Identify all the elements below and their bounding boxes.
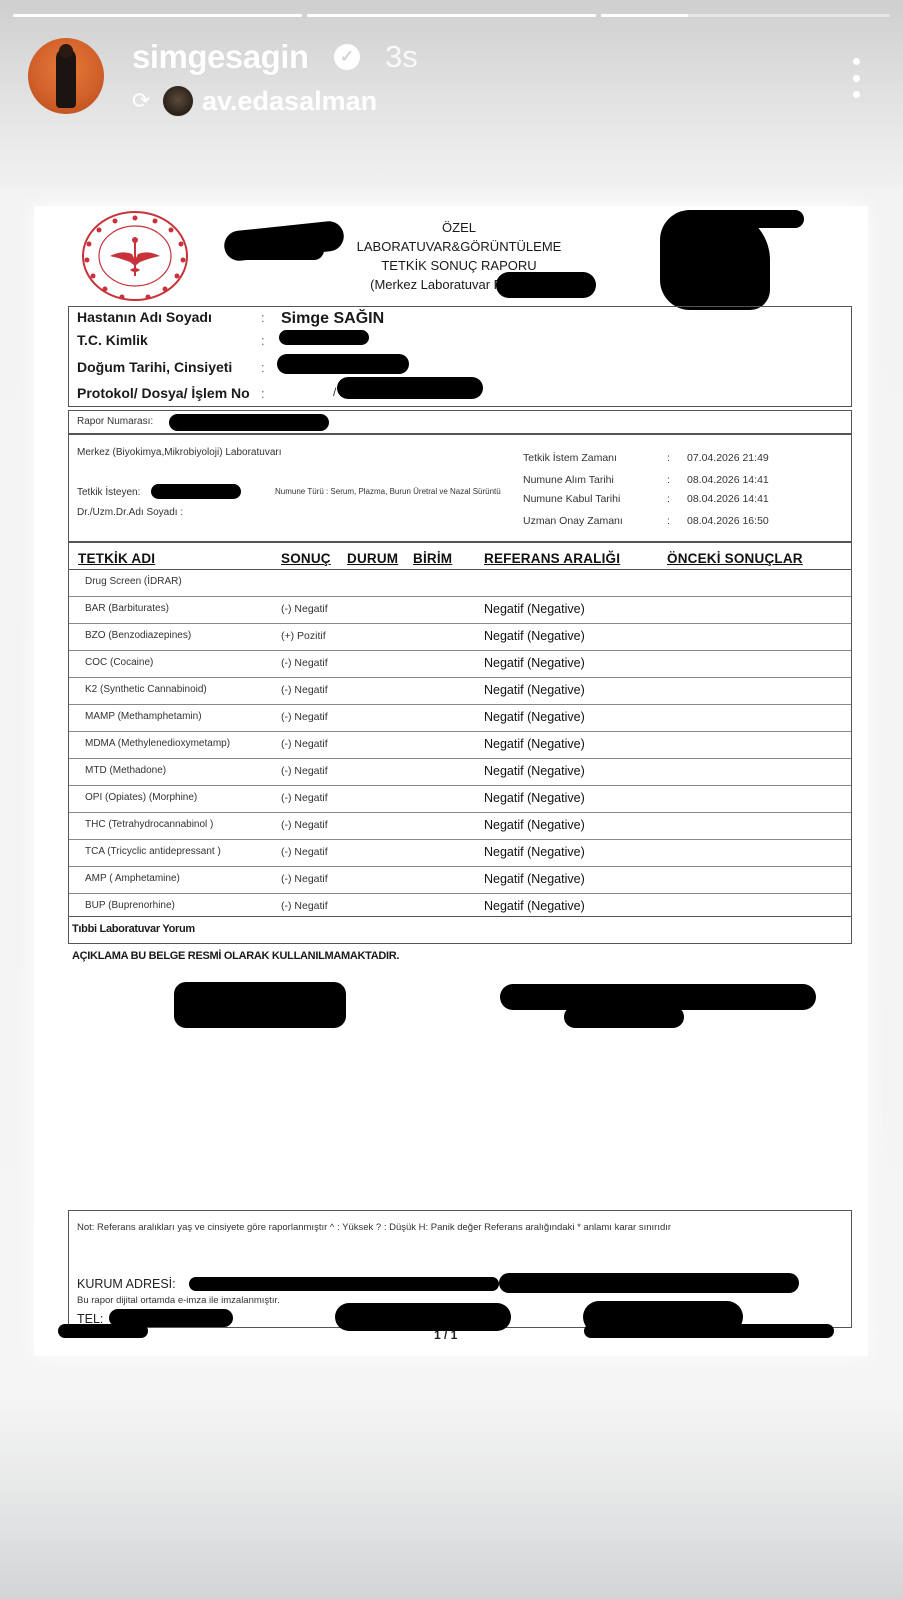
header-line-1: ÖZEL [304,218,614,237]
more-vertical-icon[interactable] [849,58,863,98]
header-line-2: LABORATUVAR&GÖRÜNTÜLEME [304,237,614,256]
test-result: (-) Negatif [281,792,328,804]
test-result: (-) Negatif [281,846,328,858]
test-result: (-) Negatif [281,765,328,777]
protocol-prefix: / [333,385,336,399]
redaction [58,1324,148,1338]
test-name: K2 (Synthetic Cannabinoid) [85,684,207,695]
redaction [234,240,324,260]
date-value: 08.04.2026 14:41 [687,493,769,505]
table-row: BZO (Benzodiazepines)(+) PozitifNegatif … [69,623,851,650]
reference-range: Negatif (Negative) [484,602,585,616]
redaction [277,354,409,374]
test-name: OPI (Opiates) (Morphine) [85,792,197,803]
table-row: COC (Cocaine)(-) NegatifNegatif (Negativ… [69,650,851,677]
column-header-previous: ÖNCEKİ SONUÇLAR [667,551,803,566]
test-result: (-) Negatif [281,738,328,750]
test-result: (-) Negatif [281,657,328,669]
date-label: Numune Alım Tarihi [523,474,663,486]
test-name: BZO (Benzodiazepines) [85,630,191,641]
table-row: MTD (Methadone)(-) NegatifNegatif (Negat… [69,758,851,785]
colon: : [261,386,265,401]
reposted-username[interactable]: av.edasalman [202,86,377,117]
reference-range: Negatif (Negative) [484,629,585,643]
colon: : [667,452,670,464]
repost-icon: ⟳ [132,88,154,114]
address-label: KURUM ADRESİ: [77,1277,176,1291]
dob-gender-label: Doğum Tarihi, Cinsiyeti [77,359,232,375]
report-number-label: Rapor Numarası: [77,416,153,427]
requester-label: Tetkik İsteyen: [77,487,140,498]
reference-range: Negatif (Negative) [484,791,585,805]
column-header-reference: REFERANS ARALIĞI [484,551,620,566]
repost-attribution[interactable]: ⟳ av.edasalman [132,85,377,117]
redaction [335,1303,511,1331]
date-label: Uzman Onay Zamanı [523,515,663,527]
disclaimer: AÇIKLAMA BU BELGE RESMİ OLARAK KULLANILM… [72,950,399,962]
progress-segment-2 [307,14,596,17]
test-name: MAMP (Methamphetamin) [85,711,202,722]
test-result: (-) Negatif [281,819,328,831]
footer-note: Not: Referans aralıkları yaş ve cinsiyet… [77,1222,671,1233]
lab-name: Merkez (Biyokimya,Mikrobiyoloji) Laborat… [77,447,282,458]
redaction [564,1006,684,1028]
redaction [151,484,241,499]
story-progress [13,14,890,18]
test-name: TCA (Tricyclic antidepressant ) [85,846,221,857]
doctor-label: Dr./Uzm.Dr.Adı Soyadı : [77,507,183,518]
username[interactable]: simgesagin [132,38,309,76]
test-name: BAR (Barbiturates) [85,603,169,614]
test-name: AMP ( Amphetamine) [85,873,180,884]
lab-report-document: ÖZEL LABORATUVAR&GÖRÜNTÜLEME TETKİK SONU… [34,206,868,1356]
reference-range: Negatif (Negative) [484,737,585,751]
patient-info-box: Hastanın Adı Soyadı : Simge SAĞIN T.C. K… [68,306,852,407]
redaction [279,330,369,345]
reference-range: Negatif (Negative) [484,656,585,670]
lab-comment-row: Tıbbi Laboratuvar Yorum [69,916,851,943]
esign-note: Bu rapor dijital ortamda e-imza ile imza… [77,1295,280,1306]
test-result: (+) Pozitif [281,630,326,642]
time-ago: 3s [385,39,418,75]
reference-range: Negatif (Negative) [484,683,585,697]
table-row: MAMP (Methamphetamin)(-) NegatifNegatif … [69,704,851,731]
table-row: AMP ( Amphetamine)(-) NegatifNegatif (Ne… [69,866,851,893]
date-label: Tetkik İstem Zamanı [523,452,663,464]
request-info-box: Merkez (Biyokimya,Mikrobiyoloji) Laborat… [68,434,852,542]
patient-name-value: Simge SAĞIN [281,310,384,328]
test-name: COC (Cocaine) [85,657,153,668]
table-row: K2 (Synthetic Cannabinoid)(-) NegatifNeg… [69,677,851,704]
table-group-row: Drug Screen (İDRAR) [69,569,851,596]
results-table: TETKİK ADI SONUÇ DURUM BİRİM REFERANS AR… [68,542,852,944]
protocol-label: Protokol/ Dosya/ İşlem No [77,385,250,401]
test-name: THC (Tetrahydrocannabinol ) [85,819,213,830]
ministry-of-health-logo-icon [80,210,190,302]
column-header-result: SONUÇ [281,551,331,566]
test-result: (-) Negatif [281,711,328,723]
table-row: MDMA (Methylenedioxymetamp)(-) NegatifNe… [69,731,851,758]
lab-comment-label: Tıbbi Laboratuvar Yorum [72,923,195,935]
date-value: 08.04.2026 14:41 [687,474,769,486]
patient-name-label: Hastanın Adı Soyadı [77,309,212,325]
test-result: (-) Negatif [281,900,328,912]
reference-range: Negatif (Negative) [484,899,585,913]
redaction [499,1273,799,1293]
reposted-user-avatar [162,85,194,117]
redaction [584,1324,834,1338]
column-header-status: DURUM [347,551,398,566]
test-result: (-) Negatif [281,873,328,885]
date-label: Numune Kabul Tarihi [523,493,663,505]
verified-badge-icon: ✓ [334,44,360,70]
profile-avatar[interactable] [28,38,104,114]
test-result: (-) Negatif [281,603,328,615]
redaction [189,1277,499,1291]
redaction [714,210,804,228]
reference-range: Negatif (Negative) [484,764,585,778]
table-row: OPI (Opiates) (Morphine)(-) NegatifNegat… [69,785,851,812]
test-name: MDMA (Methylenedioxymetamp) [85,738,230,749]
progress-segment-1 [13,14,302,17]
redaction [337,377,483,399]
test-result: (-) Negatif [281,684,328,696]
reference-range: Negatif (Negative) [484,818,585,832]
redaction [496,272,596,298]
date-value: 07.04.2026 21:49 [687,452,769,464]
reference-range: Negatif (Negative) [484,872,585,886]
column-header-unit: BİRİM [413,551,452,566]
reference-range: Negatif (Negative) [484,845,585,859]
footer-box: Not: Referans aralıkları yaş ve cinsiyet… [68,1210,852,1328]
table-row: TCA (Tricyclic antidepressant )(-) Negat… [69,839,851,866]
group-name: Drug Screen (İDRAR) [85,576,182,587]
sample-type: Numune Türü : Serum, Plazma, Burun Üretr… [275,487,501,496]
colon: : [261,333,265,348]
colon: : [261,310,265,325]
column-header-test: TETKİK ADI [78,551,155,566]
colon: : [667,515,670,527]
report-number-box: Rapor Numarası: [68,410,852,434]
redaction [169,414,329,431]
story-header: simgesagin ✓ 3s ⟳ av.edasalman [28,38,863,118]
tc-id-label: T.C. Kimlik [77,332,148,348]
progress-segment-3 [601,14,890,17]
colon: : [261,360,265,375]
colon: : [667,493,670,505]
table-row: THC (Tetrahydrocannabinol )(-) NegatifNe… [69,812,851,839]
page-number: 1 / 1 [434,1328,457,1342]
date-value: 08.04.2026 16:50 [687,515,769,527]
reference-range: Negatif (Negative) [484,710,585,724]
test-name: MTD (Methadone) [85,765,166,776]
redaction [174,982,346,1028]
test-name: BUP (Buprenorhine) [85,900,175,911]
table-row: BAR (Barbiturates)(-) NegatifNegatif (Ne… [69,596,851,623]
colon: : [667,474,670,486]
